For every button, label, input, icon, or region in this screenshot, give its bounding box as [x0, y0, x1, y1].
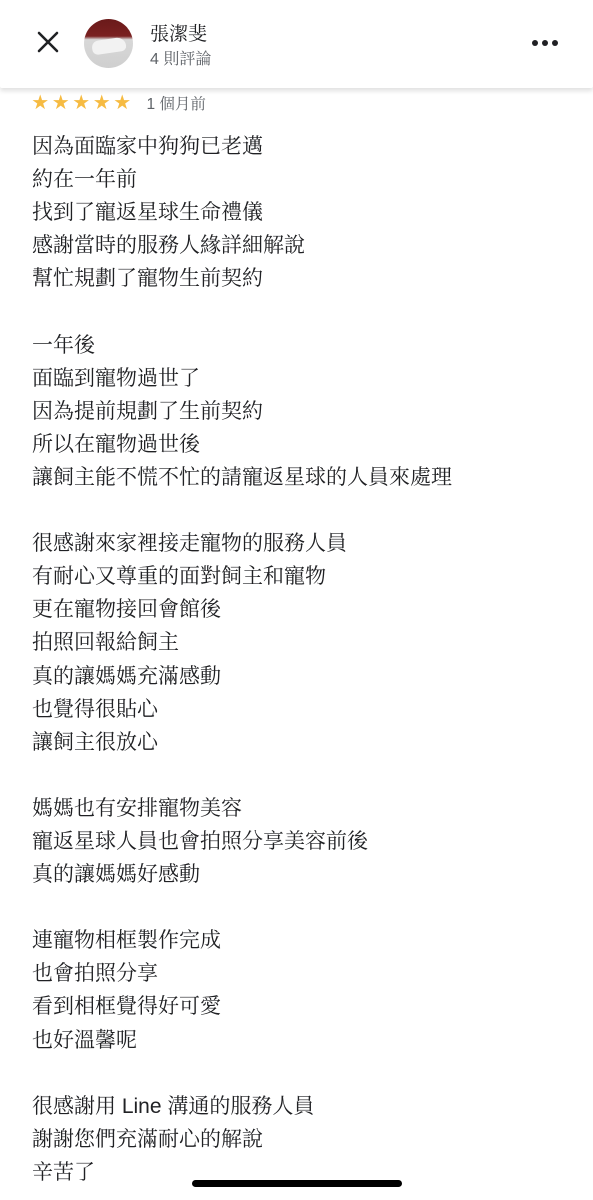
star-rating: ★ ★ ★ ★ ★	[30, 93, 133, 113]
review-line: 一年後	[32, 329, 452, 362]
review-text: 因為面臨家中狗狗已老邁 約在一年前 找到了寵返星球生命禮儀 感謝當時的服務人緣詳…	[32, 130, 452, 1189]
review-line: 找到了寵返星球生命禮儀	[32, 196, 452, 229]
review-count: 4 則評論	[150, 46, 211, 69]
review-line: 所以在寵物過世後	[32, 428, 452, 461]
review-line: 也覺得很貼心	[32, 693, 452, 726]
close-button[interactable]	[34, 28, 62, 56]
home-indicator[interactable]	[192, 1180, 402, 1187]
review-line: 幫忙規劃了寵物生前契約	[32, 262, 452, 295]
review-line: 真的讓媽媽充滿感動	[32, 660, 452, 693]
avatar-photo-cat	[91, 37, 127, 56]
review-line: 很感謝來家裡接走寵物的服務人員	[32, 527, 452, 560]
review-header: 張潔斐 4 則評論	[0, 0, 593, 88]
close-icon	[34, 28, 62, 56]
review-line: 有耐心又尊重的面對飼主和寵物	[32, 560, 452, 593]
review-line: 因為提前規劃了生前契約	[32, 395, 452, 428]
review-line: 很感謝用 Line 溝通的服務人員	[32, 1090, 452, 1123]
review-line: 真的讓媽媽好感動	[32, 858, 452, 891]
review-line: 也好溫馨呢	[32, 1024, 452, 1057]
reviewer-name[interactable]: 張潔斐	[150, 19, 207, 46]
review-line: 連寵物相框製作完成	[32, 924, 452, 957]
more-options-button[interactable]	[532, 38, 558, 48]
review-line: 更在寵物接回會館後	[32, 593, 452, 626]
star-icon: ★	[112, 93, 133, 113]
review-line: 感謝當時的服務人緣詳細解說	[32, 229, 452, 262]
more-horizontal-icon	[542, 40, 548, 46]
review-line: 讓飼主很放心	[32, 726, 452, 759]
avatar[interactable]	[84, 19, 133, 68]
star-icon: ★	[51, 93, 72, 113]
review-line: 也會拍照分享	[32, 957, 452, 990]
review-line: 拍照回報給飼主	[32, 626, 452, 659]
review-line: 看到相框覺得好可愛	[32, 990, 452, 1023]
more-horizontal-icon	[552, 40, 558, 46]
more-horizontal-icon	[532, 40, 538, 46]
star-icon: ★	[30, 93, 51, 113]
review-line	[32, 891, 452, 924]
star-icon: ★	[92, 93, 113, 113]
review-line: 約在一年前	[32, 163, 452, 196]
review-line: 寵返星球人員也會拍照分享美容前後	[32, 825, 452, 858]
review-line	[32, 494, 452, 527]
review-date: 1 個月前	[147, 92, 206, 114]
review-line: 媽媽也有安排寵物美容	[32, 792, 452, 825]
star-icon: ★	[71, 93, 92, 113]
rating-row: ★ ★ ★ ★ ★ 1 個月前	[30, 92, 206, 114]
review-line	[32, 295, 452, 328]
review-line	[32, 1057, 452, 1090]
review-line: 謝謝您們充滿耐心的解說	[32, 1123, 452, 1156]
review-line: 面臨到寵物過世了	[32, 362, 452, 395]
review-line: 讓飼主能不慌不忙的請寵返星球的人員來處理	[32, 461, 452, 494]
review-line: 因為面臨家中狗狗已老邁	[32, 130, 452, 163]
review-line	[32, 759, 452, 792]
